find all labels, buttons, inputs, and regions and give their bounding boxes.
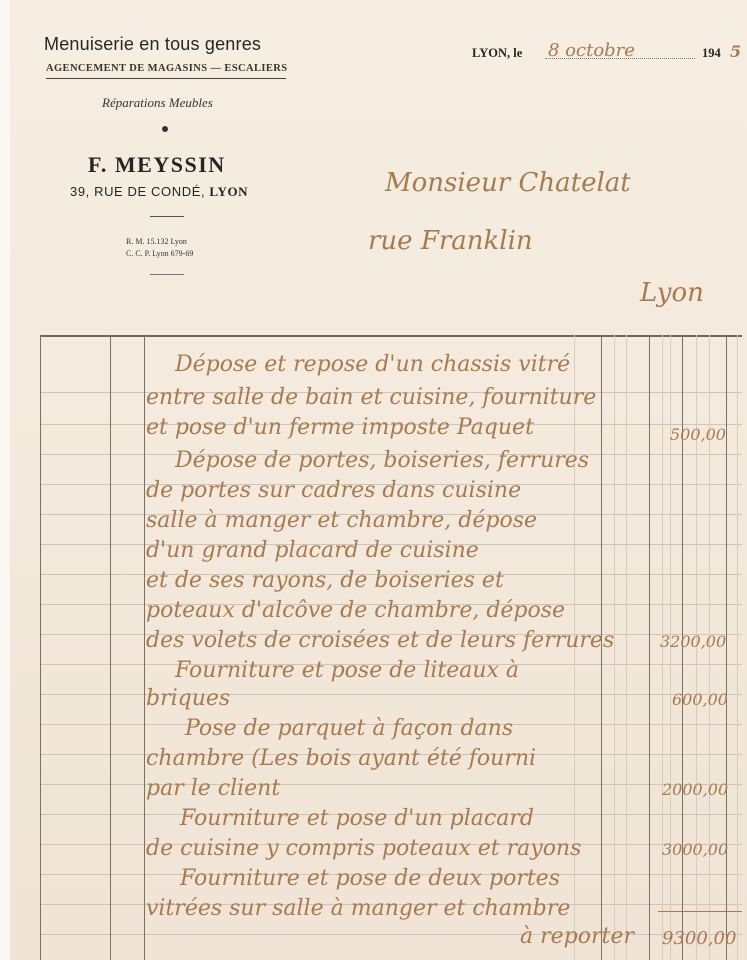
handwritten-date: 8 octobre [548, 40, 635, 61]
carry-forward-label: à reporter [520, 924, 634, 949]
col-line [144, 335, 145, 960]
letterhead-repairs: Réparations Meubles [102, 95, 213, 111]
line-item: et de ses rayons, de boiseries et [146, 568, 504, 593]
date-prefix: LYON, le [472, 46, 522, 61]
col-line [110, 335, 111, 960]
letterhead-services: AGENCEMENT DE MAGASINS — ESCALIERS [46, 63, 288, 74]
address-city: LYON [209, 184, 248, 199]
row-line [40, 934, 742, 935]
address-street: 39, RUE DE CONDÉ, [70, 184, 205, 199]
col-line [649, 335, 650, 960]
ornament-dot-icon [162, 126, 168, 132]
col-line [737, 335, 738, 960]
line-item: de cuisine y compris poteaux et rayons [146, 836, 581, 861]
col-line [626, 335, 627, 960]
line-amount: 2000,00 [662, 780, 728, 799]
line-item: Dépose et repose d'un chassis vitré [175, 352, 570, 377]
line-item: vitrées sur salle à manger et chambre [146, 896, 570, 921]
recipient-name: Monsieur Chatelat [385, 168, 631, 198]
line-item: Fourniture et pose de liteaux à [175, 658, 519, 683]
total-rule [658, 911, 742, 912]
year-printed: 194 [702, 46, 721, 61]
line-amount: 600,00 [672, 690, 728, 709]
line-item: Fourniture et pose d'un placard [180, 806, 534, 831]
recipient-city: Lyon [640, 278, 704, 308]
recipient-street: rue Franklin [368, 226, 533, 256]
carry-forward-amount: 9300,00 [662, 928, 736, 949]
line-item: d'un grand placard de cuisine [146, 538, 479, 563]
year-handwritten: 5 [730, 42, 741, 61]
line-item: de portes sur cadres dans cuisine [146, 478, 521, 503]
col-line [40, 335, 41, 960]
divider [150, 216, 184, 217]
line-item: Pose de parquet à façon dans [185, 716, 513, 741]
letterhead-divider [46, 78, 286, 79]
registration-rm: R. M. 15.132 Lyon [126, 236, 193, 248]
line-item: par le client [146, 776, 280, 801]
ledger-top-border [40, 335, 742, 337]
divider [150, 274, 184, 275]
line-item: briques [146, 686, 230, 711]
line-item: et pose d'un ferme imposte Paquet [146, 415, 534, 440]
letterhead-tagline: Menuiserie en tous genres [44, 34, 261, 55]
company-address: 39, RUE DE CONDÉ, LYON [70, 184, 248, 200]
line-amount: 500,00 [670, 425, 726, 444]
line-amount: 3000,00 [662, 840, 728, 859]
line-item: Dépose de portes, boiseries, ferrures [175, 448, 589, 473]
line-item: entre salle de bain et cuisine, fournitu… [146, 385, 596, 410]
registration-ccp: C. C. P. Lyon 679-69 [126, 248, 193, 260]
line-amount: 3200,00 [660, 632, 726, 651]
registration-block: R. M. 15.132 Lyon C. C. P. Lyon 679-69 [126, 236, 193, 260]
line-item: des volets de croisées et de leurs ferru… [146, 628, 614, 653]
line-item: poteaux d'alcôve de chambre, dépose [146, 598, 565, 623]
line-item: Fourniture et pose de deux portes [180, 866, 560, 891]
line-item: salle à manger et chambre, dépose [146, 508, 537, 533]
line-item: chambre (Les bois ayant été fourni [146, 746, 536, 771]
company-name: F. MEYSSIN [88, 152, 226, 178]
